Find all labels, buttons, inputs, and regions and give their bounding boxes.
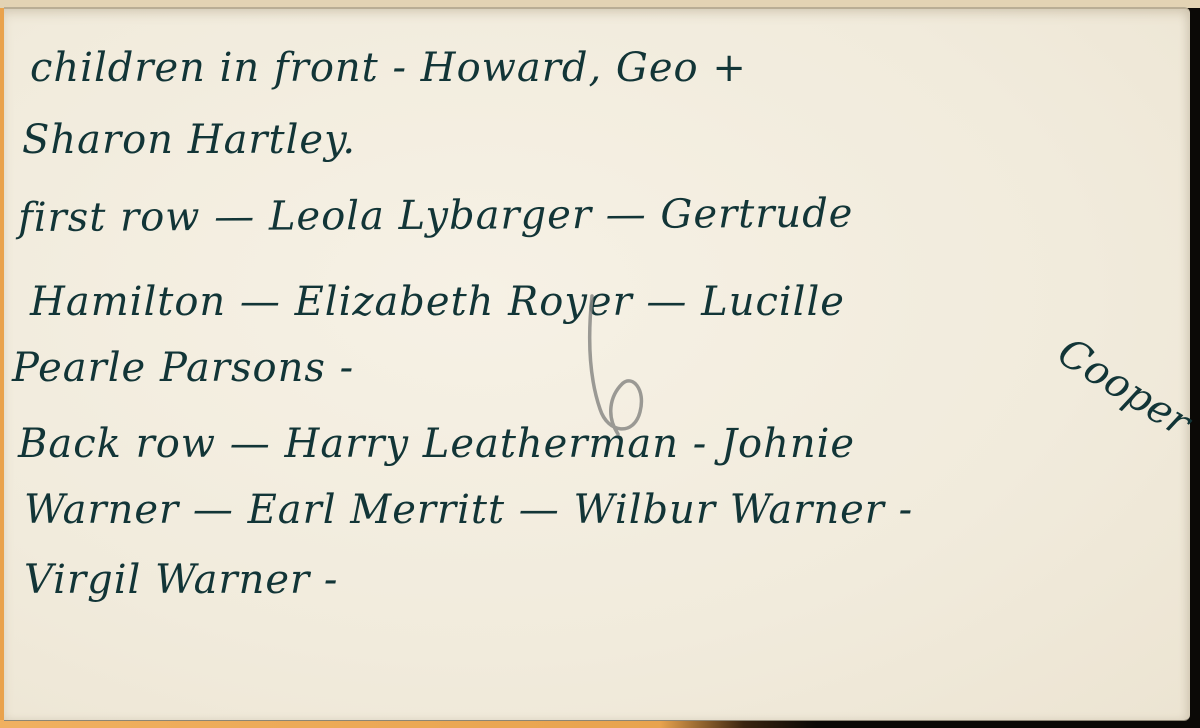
- line-warner-merritt: Warner — Earl Merritt — Wilbur Warner -: [24, 487, 913, 533]
- line-back-row: Back row — Harry Leatherman - Johnie: [18, 421, 855, 467]
- line-sharon-hartley: Sharon Hartley.: [22, 117, 356, 163]
- angled-word-cooper: Cooper: [1050, 329, 1199, 446]
- index-card: children in front - Howard, Geo + Sharon…: [4, 7, 1190, 721]
- line-pearle-parsons: Pearle Parsons -: [12, 345, 354, 391]
- line-hamilton-royer: Hamilton — Elizabeth Royer — Lucille: [30, 279, 845, 325]
- scanned-card-page: children in front - Howard, Geo + Sharon…: [0, 0, 1200, 728]
- line-children-in-front: children in front - Howard, Geo +: [30, 45, 747, 91]
- line-first-row: first row — Leola Lybarger — Gertrude: [18, 191, 854, 241]
- pencil-number-six-icon: [582, 294, 662, 444]
- line-virgil-warner: Virgil Warner -: [24, 557, 338, 603]
